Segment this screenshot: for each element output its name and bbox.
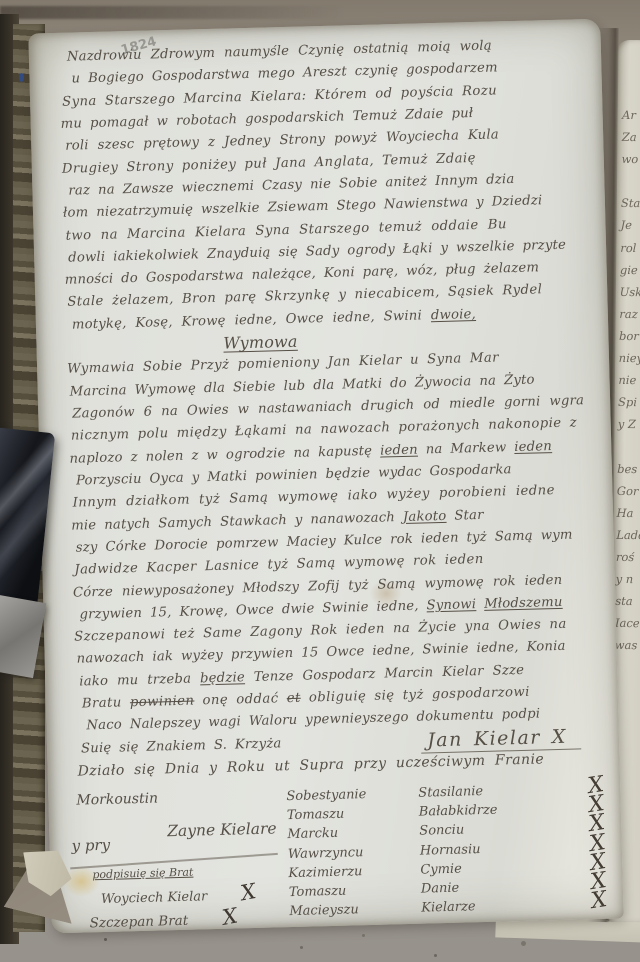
table-edge-shadow [0, 6, 345, 19]
left-signature-item: y pry [71, 836, 110, 855]
manuscript-page: 1824 Nazdrowiu Zdrowym naumyśle Czynię o… [28, 19, 623, 934]
next-page-fragment: rol [620, 236, 640, 258]
next-page-fragment: bes [617, 457, 640, 479]
next-page-fragment: bor [619, 325, 640, 347]
x-mark: X [220, 904, 239, 930]
next-page-fragment: wo [621, 148, 640, 170]
next-page-fragment: raz [619, 303, 640, 325]
left-signature-item: Szczepan BratX [89, 904, 237, 932]
manuscript-text: Nazdrowiu Zdrowym naumyśle Czynię ostatn… [59, 33, 606, 783]
left-signature-item: podpisuię się Brat [92, 866, 193, 882]
witness-surname: Hornasiu [420, 842, 481, 859]
next-page-fragment: Iace [615, 612, 640, 634]
x-mark: X [239, 879, 258, 905]
witness-given-name: Sobestyanie [286, 786, 418, 804]
next-page-fragment: Ha [616, 502, 640, 524]
witness-given-name: Macieyszu [289, 901, 421, 919]
dust-speckles [104, 938, 107, 941]
witness-given-name: Tomaszu [289, 882, 421, 900]
witness-x-mark: X [591, 893, 609, 909]
next-page-fragment: was [615, 634, 640, 656]
next-page-fragment: gie [620, 259, 640, 281]
next-page-fragment: Je [620, 214, 640, 236]
next-page-fragment: Lado [616, 524, 640, 546]
witness-given-name: Tomaszu [287, 805, 419, 823]
witness-given-name: Marcku [287, 824, 419, 842]
next-page-fragment: Gor [617, 479, 640, 501]
next-page-fragment [621, 170, 640, 192]
witness-surname: Bałabkidrze [419, 803, 498, 820]
next-page-fragment: Za [622, 126, 640, 148]
next-page-fragment: Usk [619, 281, 640, 303]
left-signature-item: Zayne Kielare [167, 819, 277, 840]
next-page-fragment: sta [615, 590, 640, 612]
next-page-fragment: nie [618, 369, 640, 391]
witness-surname: Cymie [420, 861, 462, 877]
witness-surname: Stasilanie [418, 784, 483, 801]
next-page-fragment: niey [619, 347, 640, 369]
next-page-fragment: y n [615, 568, 640, 590]
photo-of-manuscript-book: ArZawoStaJerolgieUskrazbornieynieSpiy Zb… [0, 0, 640, 962]
witness-surname: Sonciu [419, 823, 464, 839]
next-page-fragment [617, 435, 640, 457]
left-signature-item: Morkoustin [76, 791, 158, 809]
witness-list: SobestyanieStasilanieXTomaszuBałabkidrze… [286, 779, 607, 922]
witness-given-name: Kazimierzu [288, 862, 420, 880]
next-page-fragment: roś [616, 546, 640, 568]
witness-surname: Danie [421, 881, 460, 897]
blue-ink-stain [19, 73, 24, 82]
witness-surname: Kielarze [421, 899, 476, 915]
witness-given-name: Wawrzyncu [288, 843, 420, 861]
next-page-fragment: Sta [621, 192, 640, 214]
next-page-fragment: Ar [622, 104, 640, 126]
next-page-fragment: y Z [618, 413, 640, 435]
next-page-fragment: Spi [618, 391, 640, 413]
